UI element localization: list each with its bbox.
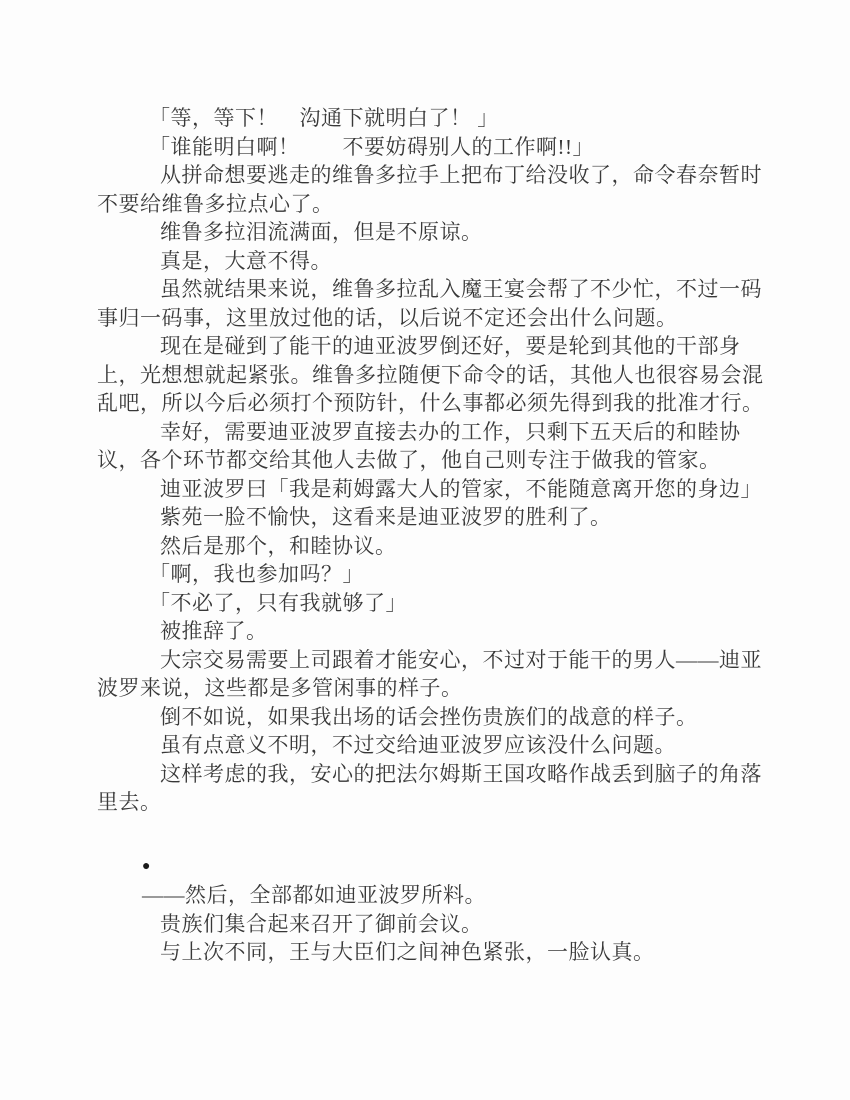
text-line: 事归一码事，这里放过他的话，以后说不定还会出什么问题。 xyxy=(97,304,769,333)
text-line: 现在是碰到了能干的迪亚波罗倒还好，要是轮到其他的干部身 xyxy=(97,332,769,361)
text-line: 然后是那个，和睦协议。 xyxy=(97,532,769,561)
text-line: 议，各个环节都交给其他人去做了，他自己则专注于做我的管家。 xyxy=(97,446,769,475)
text-line: 迪亚波罗曰「我是莉姆露大人的管家，不能随意离开您的身边」 xyxy=(97,475,769,504)
text-line: 「等，等下！ 沟通下就明白了！ 」 xyxy=(97,104,769,133)
text-line: 幸好，需要迪亚波罗直接去办的工作，只剩下五天后的和睦协 xyxy=(97,418,769,447)
text-line: 倒不如说，如果我出场的话会挫伤贵族们的战意的样子。 xyxy=(97,703,769,732)
text-line: 乱吧，所以今后必须打个预防针，什么事都必须先得到我的批准才行。 xyxy=(97,389,769,418)
text-line: 波罗来说，这些都是多管闲事的样子。 xyxy=(97,674,769,703)
text-line: 虽然就结果来说，维鲁多拉乱入魔王宴会帮了不少忙，不过一码 xyxy=(97,275,769,304)
text-line: 真是，大意不得。 xyxy=(97,247,769,276)
text-line: 不要给维鲁多拉点心了。 xyxy=(97,190,769,219)
text-block: 「等，等下！ 沟通下就明白了！ 」「谁能明白啊！ 不要妨碍别人的工作啊!!」从拼… xyxy=(97,104,769,967)
text-line: 大宗交易需要上司跟着才能安心，不过对于能干的男人——迪亚 xyxy=(97,646,769,675)
text-line: 「谁能明白啊！ 不要妨碍别人的工作啊!!」 xyxy=(97,133,769,162)
text-line: 「啊，我也参加吗？」 xyxy=(97,560,769,589)
text-line: 上，光想想就起紧张。维鲁多拉随便下命令的话，其他人也很容易会混 xyxy=(97,361,769,390)
text-line: 贵族们集合起来召开了御前会议。 xyxy=(97,910,769,939)
text-line: 与上次不同，王与大臣们之间神色紧张，一脸认真。 xyxy=(97,938,769,967)
text-line: ——然后，全部都如迪亚波罗所料。 xyxy=(97,881,769,910)
text-line: 虽有点意义不明，不过交给迪亚波罗应该没什么问题。 xyxy=(97,731,769,760)
text-line: 这样考虑的我，安心的把法尔姆斯王国攻略作战丢到脑子的角落 xyxy=(97,760,769,789)
text-line: 被推辞了。 xyxy=(97,617,769,646)
text-line: 维鲁多拉泪流满面，但是不原谅。 xyxy=(97,218,769,247)
section-break-bullet: ● xyxy=(97,853,769,882)
novel-page: 「等，等下！ 沟通下就明白了！ 」「谁能明白啊！ 不要妨碍别人的工作啊!!」从拼… xyxy=(0,0,850,1100)
text-line: 「不必了，只有我就够了」 xyxy=(97,589,769,618)
text-line: 里去。 xyxy=(97,788,769,817)
text-line: 从拼命想要逃走的维鲁多拉手上把布丁给没收了，命令春奈暂时 xyxy=(97,161,769,190)
text-line: 紫苑一脸不愉快，这看来是迪亚波罗的胜利了。 xyxy=(97,503,769,532)
